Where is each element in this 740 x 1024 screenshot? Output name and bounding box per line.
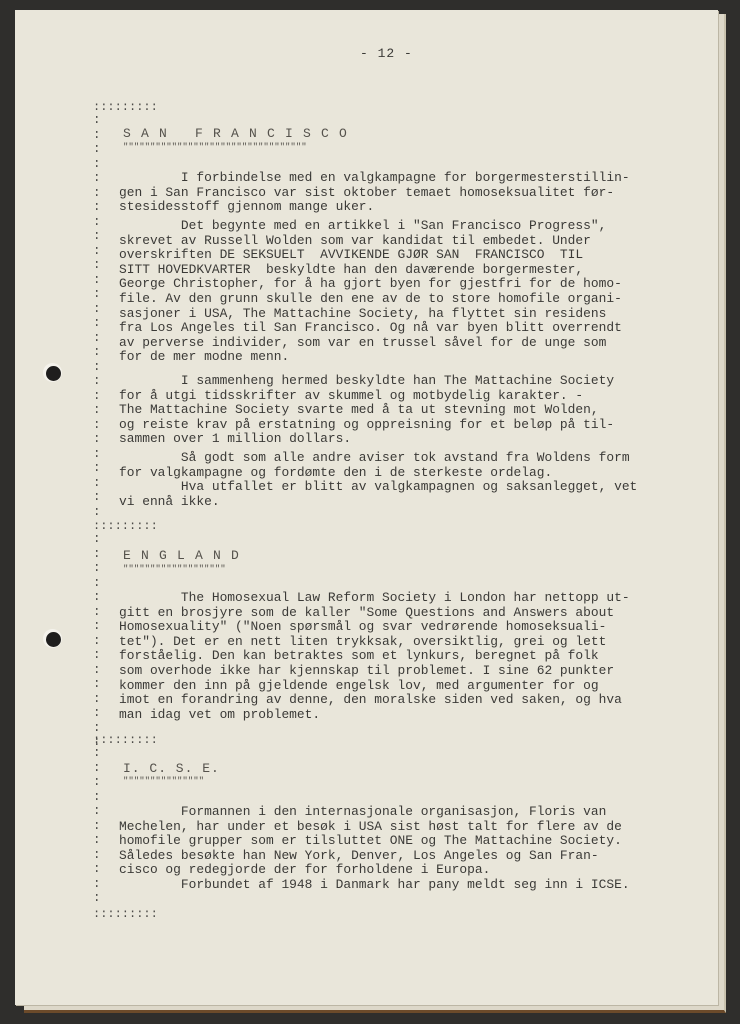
heading-underline: """""""""""""""	[123, 777, 204, 786]
margin-colon-column: : : : : : : : : : : : : : : : : : : : : …	[93, 113, 101, 519]
closing-separator: :::::::::	[93, 907, 158, 921]
punch-hole-bottom	[46, 632, 61, 647]
page-number: - 12 -	[360, 46, 413, 61]
heading-underline: """"""""""""""""""""""""""""""""""	[123, 143, 307, 152]
document-page: - 12 - ::::::::: : : : : : : : : : : : :…	[15, 10, 718, 1005]
paragraph: Det begynte med en artikkel i "San Franc…	[119, 219, 689, 365]
section-separator: :::::::::	[93, 733, 158, 747]
heading-underline: """""""""""""""""""	[123, 565, 226, 574]
paragraph: I sammenheng hermed beskyldte han The Ma…	[119, 374, 689, 447]
section-separator: :::::::::	[93, 519, 158, 533]
paragraph: The Homosexual Law Reform Society i Lond…	[119, 591, 689, 722]
section-separator: :::::::::	[93, 100, 158, 114]
section-heading-san-francisco: S A N F R A N C I S C O	[123, 126, 348, 141]
paragraph: Formannen i den internasjonale organisas…	[119, 805, 689, 893]
section-heading-icse: I. C. S. E.	[123, 761, 220, 776]
margin-colon-column: : : : : : : : : : : : : : : :	[93, 532, 101, 750]
paragraph: I forbindelse med en valgkampagne for bo…	[119, 171, 689, 215]
punch-hole-top	[46, 366, 61, 381]
margin-colon-column: : : : : : : : : : : :	[93, 746, 101, 906]
section-heading-england: E N G L A N D	[123, 548, 240, 563]
paragraph: Så godt som alle andre aviser tok avstan…	[119, 451, 689, 509]
